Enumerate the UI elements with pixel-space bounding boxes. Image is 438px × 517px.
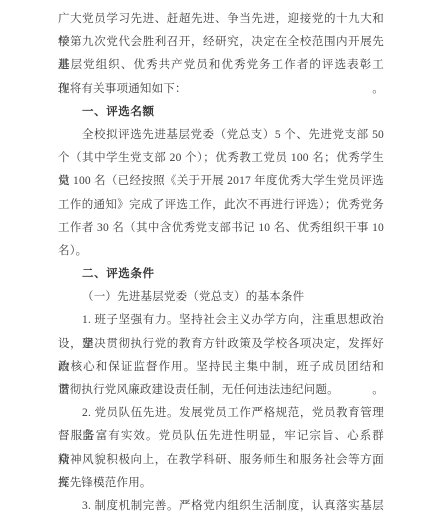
text-line: 工作的通知》完成了评选工作，此次不再进行评选）；优秀党务 xyxy=(58,194,384,217)
document-body: 广大党员学习先进、赶超先进、争当先进，迎接党的十九大和学校第九次党代会胜利召开，… xyxy=(58,8,384,517)
text-line: 挥先锋模范作用。 xyxy=(58,472,384,495)
text-line: 督服务富有实效。党员队伍先进性明显，牢记宗旨、心系群众， xyxy=(58,425,384,448)
text-line: 广大党员学习先进、赶超先进、争当先进，迎接党的十九大和学 xyxy=(58,8,384,31)
text-line: 全校拟评选先进基层党委（党总支）5 个、先进党支部 50 xyxy=(58,124,384,147)
document-page: 广大党员学习先进、赶超先进、争当先进，迎接党的十九大和学校第九次党代会胜利召开，… xyxy=(0,0,438,517)
text-line: （一）先进基层党委（党总支）的基本条件 xyxy=(58,286,384,309)
text-line: 1. 班子坚强有力。坚持社会主义办学方向，注重思想政治建 xyxy=(58,309,384,332)
text-line: 3. 制度机制完善。严格党内组织生活制度，认真落实基层党 xyxy=(58,495,384,517)
text-line: 2. 党员队伍先进。发展党员工作严格规范，党员教育管理监 xyxy=(58,402,384,425)
text-line: 员 100 名（已经按照《关于开展 2017 年度优秀大学生党员评选 xyxy=(58,170,384,193)
text-line: 贯彻执行党风廉政建设责任制，无任何违法违纪问题。 xyxy=(58,379,384,402)
text-line: 校第九次党代会胜利召开，经研究，决定在全校范围内开展先进 xyxy=(58,31,384,54)
section-heading: 二、评选条件 xyxy=(58,263,384,286)
text-line: 基层党组织、优秀共产党员和优秀党务工作者的评选表彰工作。 xyxy=(58,54,384,77)
text-line: 个（其中学生党支部 20 个）；优秀教工党员 100 名；优秀学生党 xyxy=(58,147,384,170)
text-line: 精神风貌积极向上，在教学科研、服务师生和服务社会等方面发 xyxy=(58,449,384,472)
text-line: 工作者 30 名（其中含优秀党支部书记 10 名、优秀组织干事 10 xyxy=(58,217,384,240)
section-heading: 一、评选名额 xyxy=(58,101,384,124)
text-line: 设，坚决贯彻执行党的教育方针政策及学校各项决定，发挥好政 xyxy=(58,333,384,356)
text-line: 名）。 xyxy=(58,240,384,263)
text-line: 治核心和保证监督作用。坚持民主集中制，班子成员团结和谐。 xyxy=(58,356,384,379)
